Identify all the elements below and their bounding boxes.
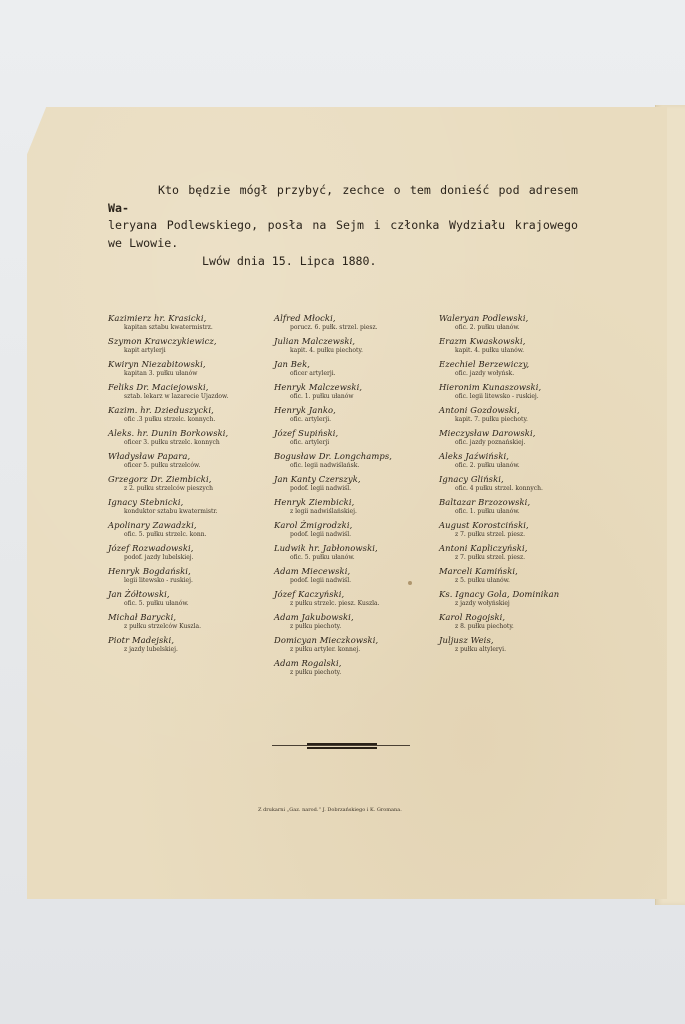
signatory-name: Józef Kaczyński, — [274, 589, 444, 599]
signatory-entry: Ezechiel Berzewiczy,ofic. jazdy wołyńsk. — [439, 359, 609, 382]
intro-paragraph: Kto będzie mógł przybyć, zechce o tem do… — [108, 182, 578, 252]
signatory-rank: kapit artylerji — [108, 346, 278, 355]
signatory-entry: Adam Jakubowski,z pułku piechoty. — [274, 612, 444, 635]
signatory-name: Adam Jakubowski, — [274, 612, 444, 622]
signatory-name: Alfred Młocki, — [274, 313, 444, 323]
signatory-rank: oficer 5. pułku strzelców. — [108, 461, 278, 470]
signatory-rank: kapitan sztabu kwatermistrz. — [108, 323, 278, 332]
signatory-name: Władysław Papara, — [108, 451, 278, 461]
signatory-entry: Ks. Ignacy Gola, Dominikanz jazdy wołyńs… — [439, 589, 609, 612]
signatory-name: Karol Żmigrodzki, — [274, 520, 444, 530]
signatory-entry: Ignacy Stebnicki,konduktor sztabu kwater… — [108, 497, 278, 520]
signatory-entry: Henryk Malczewski,ofic. 1. pułku ułanów — [274, 382, 444, 405]
signatory-name: Hieronim Kunaszowski, — [439, 382, 609, 392]
signatory-name: Kazimierz hr. Krasicki, — [108, 313, 278, 323]
signatory-entry: Henryk Bogdański,legii litewsko - ruskie… — [108, 566, 278, 589]
signatory-name: Bogusław Dr. Longchamps, — [274, 451, 444, 461]
signatory-rank: ofic. 5. pułku ułanów. — [274, 553, 444, 562]
signatory-rank: ofic. jazdy poznańskiej. — [439, 438, 609, 447]
signatory-rank: ofic. 1. pułku ułanów. — [439, 507, 609, 516]
intro-text: Kto będzie mógł przybyć, zechce o tem do… — [158, 183, 578, 197]
signatory-rank: ofic. artylerji — [274, 438, 444, 447]
signatory-name: Ezechiel Berzewiczy, — [439, 359, 609, 369]
signatory-name: Mieczysław Darowski, — [439, 428, 609, 438]
signatory-rank: oficer artylerji. — [274, 369, 444, 378]
signatory-name: Józef Rozwadowski, — [108, 543, 278, 553]
signatory-rank: ofic. artylerji. — [274, 415, 444, 424]
signatory-entry: Hieronim Kunaszowski,ofic. legii litewsk… — [439, 382, 609, 405]
signatory-entry: Ignacy Gliński,ofic. 4 pułku strzel. kon… — [439, 474, 609, 497]
signatory-rank: z pułku strzelc. piesz. Kuszla. — [274, 599, 444, 608]
signatory-entry: Adam Miecewski,podof. legii nadwiśl. — [274, 566, 444, 589]
signatory-rank: podof. jazdy lubelskiej. — [108, 553, 278, 562]
signatory-entry: Józef Kaczyński,z pułku strzelc. piesz. … — [274, 589, 444, 612]
signatory-entry: Bogusław Dr. Longchamps,ofic. legii nadw… — [274, 451, 444, 474]
signatory-rank: ofic. 5. pułku strzelc. konn. — [108, 530, 278, 539]
signatory-rank: kapit. 7. pułku piechoty. — [439, 415, 609, 424]
signatory-rank: porucz. 6. pułk. strzel. piesz. — [274, 323, 444, 332]
signatory-rank: kapit. 4. pułku ułanów. — [439, 346, 609, 355]
signatory-name: Henryk Malczewski, — [274, 382, 444, 392]
signatories-column-3: Waleryan Podlewski,ofic. 2. pułku ułanów… — [439, 313, 609, 658]
signatory-rank: ofic. 2. pułku ułanów. — [439, 323, 609, 332]
signatory-name: Kwiryn Niezabitowski, — [108, 359, 278, 369]
signatory-name: Antoni Kapliczyński, — [439, 543, 609, 553]
signatory-entry: Marceli Kamiński,z 5. pułku ułanów. — [439, 566, 609, 589]
signatory-name: Adam Miecewski, — [274, 566, 444, 576]
signatory-name: Henryk Bogdański, — [108, 566, 278, 576]
signatory-entry: Mieczysław Darowski,ofic. jazdy poznańsk… — [439, 428, 609, 451]
signatory-entry: Baltazar Brzozowski,ofic. 1. pułku ułanó… — [439, 497, 609, 520]
signatory-entry: August Korostciński,z 7. pułku strzel. p… — [439, 520, 609, 543]
signatory-rank: z pułku altyleryi. — [439, 645, 609, 654]
signatory-entry: Jan Kanty Czerszyk,podof. legii nadwiśl. — [274, 474, 444, 497]
signatory-name: Kazim. hr. Dzieduszycki, — [108, 405, 278, 415]
signatory-name: Julian Malczewski, — [274, 336, 444, 346]
signatory-rank: z 7. pułku strzel. piesz. — [439, 553, 609, 562]
signatory-entry: Szymon Krawczykiewicz,kapit artylerji — [108, 336, 278, 359]
signatory-rank: z 5. pułku ułanów. — [439, 576, 609, 585]
signatory-name: Piotr Madejski, — [108, 635, 278, 645]
signatory-rank: z jazdy lubelskiej. — [108, 645, 278, 654]
signatory-name: Baltazar Brzozowski, — [439, 497, 609, 507]
signatory-entry: Grzegorz Dr. Ziembicki,z 2. pułku strzel… — [108, 474, 278, 497]
signatory-name: Aleks. hr. Dunin Borkowski, — [108, 428, 278, 438]
signatory-name: Ks. Ignacy Gola, Dominikan — [439, 589, 609, 599]
signatory-name: Jan Kanty Czerszyk, — [274, 474, 444, 484]
signatory-entry: Antoni Kapliczyński,z 7. pułku strzel. p… — [439, 543, 609, 566]
signatory-entry: Domicyan Mieczkowski,z pułku artyler. ko… — [274, 635, 444, 658]
signatories-column-2: Alfred Młocki,porucz. 6. pułk. strzel. p… — [274, 313, 444, 681]
signatory-name: Adam Rogalski, — [274, 658, 444, 668]
signatory-rank: oficer 3. pułku strzelc. konnych — [108, 438, 278, 447]
intro-text-cont: leryana Podlewskiego, posła na Sejm i cz… — [108, 218, 578, 250]
signatories-column-1: Kazimierz hr. Krasicki,kapitan sztabu kw… — [108, 313, 278, 658]
signatory-rank: z pułku piechoty. — [274, 668, 444, 677]
ink-spot — [408, 581, 412, 585]
signatory-rank: ofic. 5. pułku ułanów. — [108, 599, 278, 608]
signatory-name: Michał Barycki, — [108, 612, 278, 622]
signatory-rank: podof. legii nadwiśl. — [274, 484, 444, 493]
signatory-entry: Aleks Jaźwiński,ofic. 2. pułku ułanów. — [439, 451, 609, 474]
signatory-name: Grzegorz Dr. Ziembicki, — [108, 474, 278, 484]
signatory-rank: kapit. 4. pułku piechoty. — [274, 346, 444, 355]
signatory-name: Apolinary Zawadzki, — [108, 520, 278, 530]
signatory-name: Józef Supiński, — [274, 428, 444, 438]
signatory-rank: ofic. 4 pułku strzel. konnych. — [439, 484, 609, 493]
signatory-rank: podof. legii nadwiśl. — [274, 530, 444, 539]
signatory-entry: Apolinary Zawadzki,ofic. 5. pułku strzel… — [108, 520, 278, 543]
signatory-entry: Ludwik hr. Jabłonowski,ofic. 5. pułku uł… — [274, 543, 444, 566]
printer-imprint: Z drukarni „Gaz. narod.“ J. Dobrzańskieg… — [258, 807, 402, 813]
signatory-entry: Henryk Janko,ofic. artylerji. — [274, 405, 444, 428]
intro-text-bold: Wa- — [108, 201, 129, 215]
signatory-rank: ofic. jazdy wołyńsk. — [439, 369, 609, 378]
signatory-entry: Feliks Dr. Maciejowski,sztab. lekarz w l… — [108, 382, 278, 405]
signatory-entry: Piotr Madejski,z jazdy lubelskiej. — [108, 635, 278, 658]
signatory-name: Jan Żółtowski, — [108, 589, 278, 599]
signatory-name: Marceli Kamiński, — [439, 566, 609, 576]
signatory-name: Karol Rogojski, — [439, 612, 609, 622]
signatory-entry: Józef Supiński,ofic. artylerji — [274, 428, 444, 451]
signatory-name: Jan Bek, — [274, 359, 444, 369]
signatory-entry: Henryk Ziembicki,z legii nadwiślańskiej. — [274, 497, 444, 520]
signatory-entry: Kazimierz hr. Krasicki,kapitan sztabu kw… — [108, 313, 278, 336]
signatory-entry: Jan Bek,oficer artylerji. — [274, 359, 444, 382]
signatory-name: Ignacy Stebnicki, — [108, 497, 278, 507]
signatory-rank: kapitan 3. pułku ułanów — [108, 369, 278, 378]
signatory-rank: ofic. 2. pułku ułanów. — [439, 461, 609, 470]
signatory-name: Domicyan Mieczkowski, — [274, 635, 444, 645]
signatory-rank: z jazdy wołyńskiej — [439, 599, 609, 608]
signatory-rank: z pułku piechoty. — [274, 622, 444, 631]
signatory-name: Feliks Dr. Maciejowski, — [108, 382, 278, 392]
signatory-name: August Korostciński, — [439, 520, 609, 530]
signatory-rank: ofic. legii nadwiślańsk. — [274, 461, 444, 470]
signatory-name: Henryk Janko, — [274, 405, 444, 415]
signatory-name: Antoni Gozdowski, — [439, 405, 609, 415]
signatory-entry: Juljusz Weis,z pułku altyleryi. — [439, 635, 609, 658]
signatory-name: Henryk Ziembicki, — [274, 497, 444, 507]
signatory-rank: ofic. legii litewsko - ruskiej. — [439, 392, 609, 401]
signatory-entry: Adam Rogalski,z pułku piechoty. — [274, 658, 444, 681]
signatory-entry: Waleryan Podlewski,ofic. 2. pułku ułanów… — [439, 313, 609, 336]
signatory-entry: Antoni Gozdowski,kapit. 7. pułku piechot… — [439, 405, 609, 428]
signatory-name: Ludwik hr. Jabłonowski, — [274, 543, 444, 553]
signatory-entry: Władysław Papara,oficer 5. pułku strzelc… — [108, 451, 278, 474]
signatory-name: Aleks Jaźwiński, — [439, 451, 609, 461]
signatory-rank: podof. legii nadwiśl. — [274, 576, 444, 585]
signatory-rank: z 2. pułku strzelców pieszych — [108, 484, 278, 493]
signatory-entry: Józef Rozwadowski,podof. jazdy lubelskie… — [108, 543, 278, 566]
signatory-entry: Karol Żmigrodzki,podof. legii nadwiśl. — [274, 520, 444, 543]
signatory-rank: sztab. lekarz w lazarecie Ujazdow. — [108, 392, 278, 401]
signatory-rank: z 8. pułku piechoty. — [439, 622, 609, 631]
signatory-entry: Karol Rogojski,z 8. pułku piechoty. — [439, 612, 609, 635]
signatory-rank: z legii nadwiślańskiej. — [274, 507, 444, 516]
signatory-rank: konduktor sztabu kwatermistr. — [108, 507, 278, 516]
dateline: Lwów dnia 15. Lipca 1880. — [202, 254, 377, 268]
signatory-entry: Alfred Młocki,porucz. 6. pułk. strzel. p… — [274, 313, 444, 336]
signatory-rank: ofic. 1. pułku ułanów — [274, 392, 444, 401]
signatory-entry: Erazm Kwaskowski,kapit. 4. pułku ułanów. — [439, 336, 609, 359]
signatory-rank: z pułku artyler. konnej. — [274, 645, 444, 654]
signatory-rank: z 7. pułku strzel. piesz. — [439, 530, 609, 539]
signatory-rank: z pułku strzelców Kuszla. — [108, 622, 278, 631]
signatory-rank: ofic .3 pułku strzelc. konnych. — [108, 415, 278, 424]
signatory-rank: legii litewsko - ruskiej. — [108, 576, 278, 585]
signatory-name: Szymon Krawczykiewicz, — [108, 336, 278, 346]
signatory-name: Erazm Kwaskowski, — [439, 336, 609, 346]
signatory-name: Ignacy Gliński, — [439, 474, 609, 484]
signatory-entry: Michał Barycki,z pułku strzelców Kuszla. — [108, 612, 278, 635]
signatory-entry: Julian Malczewski,kapit. 4. pułku piecho… — [274, 336, 444, 359]
signatory-name: Waleryan Podlewski, — [439, 313, 609, 323]
signatory-entry: Kwiryn Niezabitowski,kapitan 3. pułku uł… — [108, 359, 278, 382]
signatory-entry: Aleks. hr. Dunin Borkowski,oficer 3. puł… — [108, 428, 278, 451]
decorative-rule — [272, 743, 410, 749]
signatory-entry: Kazim. hr. Dzieduszycki,ofic .3 pułku st… — [108, 405, 278, 428]
signatory-name: Juljusz Weis, — [439, 635, 609, 645]
signatory-entry: Jan Żółtowski,ofic. 5. pułku ułanów. — [108, 589, 278, 612]
